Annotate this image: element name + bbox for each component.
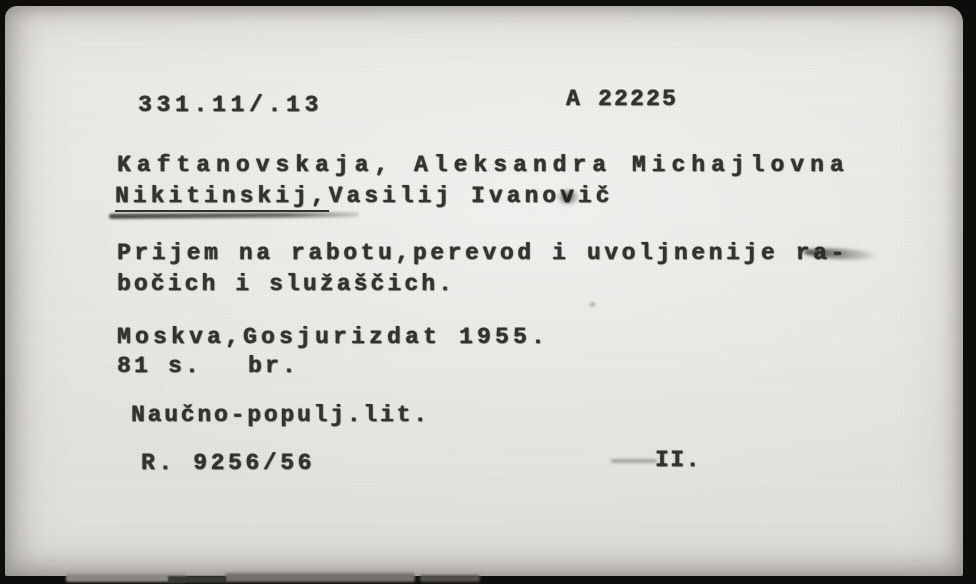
next-card-edge-mark — [225, 573, 415, 582]
collation-line: 81 s.br. — [117, 353, 299, 379]
copy-number: II. — [655, 447, 701, 473]
hand-underline-mark — [109, 212, 359, 219]
imprint-statement: Moskva,Gosjurizdat 1955. — [117, 324, 549, 350]
next-card-edge-mark — [168, 576, 226, 583]
next-card-edge-mark — [420, 575, 480, 582]
author-main-heading: Kaftanovskaja, Aleksandra Michajlovna — [117, 152, 850, 178]
underlined-surname: Nikitinskij, — [115, 183, 329, 212]
ink-speck — [588, 301, 597, 308]
title-statement-line1: Prijem na rabotu,perevod i uvoljnenije r… — [117, 240, 848, 266]
faint-ink-smear — [611, 459, 657, 463]
title-statement-line2: bočich i služaščich. — [117, 271, 455, 297]
ink-blot — [553, 185, 583, 209]
record-number: R. 9256/56 — [141, 450, 315, 476]
pagination: 81 s. — [117, 353, 202, 379]
scan-background: 331.11/.13 A 22225 Kaftanovskaja, Aleksa… — [0, 0, 976, 584]
classification-number: 331.11/.13 — [138, 92, 323, 118]
series-note: Naučno-populj.lit. — [131, 402, 430, 428]
accession-number: A 22225 — [566, 86, 678, 112]
binding-note: br. — [248, 353, 299, 379]
author-secondary-heading: Nikitinskij,Vasilij Ivanovič — [115, 183, 613, 209]
library-catalog-card: 331.11/.13 A 22225 Kaftanovskaja, Aleksa… — [5, 6, 963, 576]
